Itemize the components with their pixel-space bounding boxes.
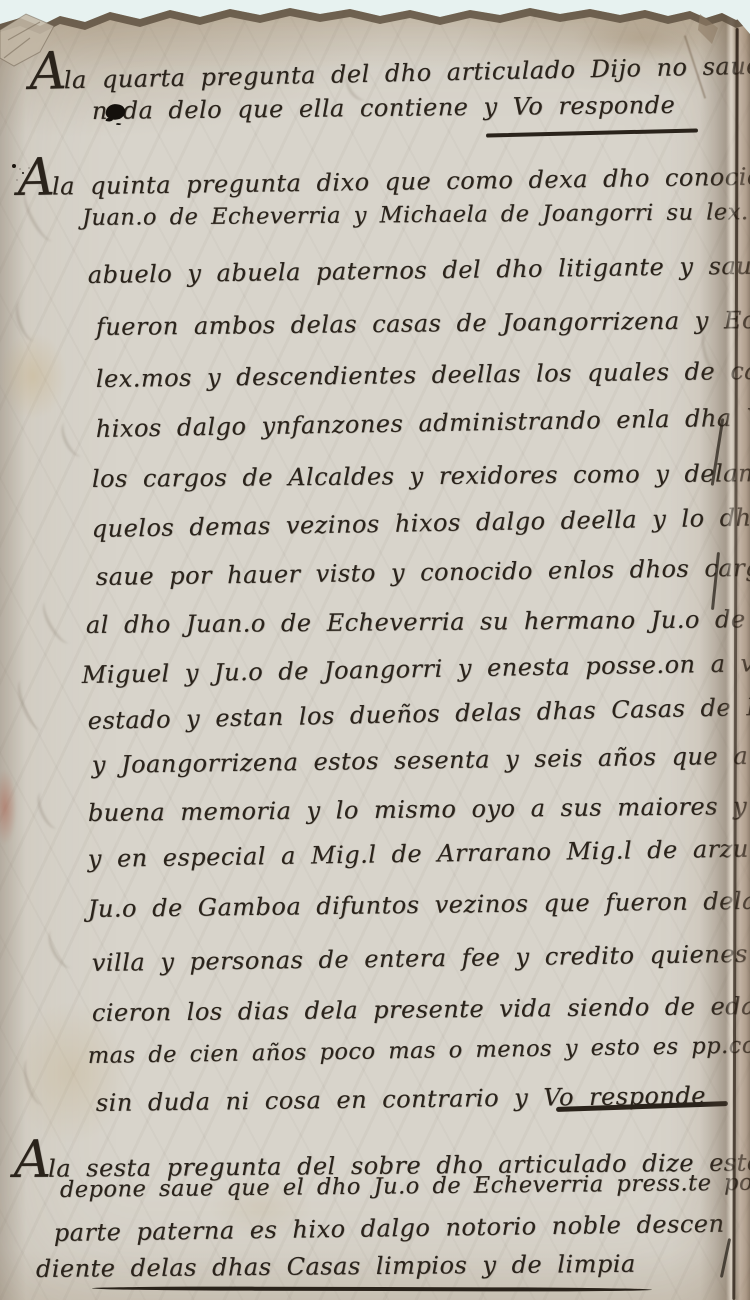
manuscript-line: los cargos de Alcaldes y rexidores como … [92, 460, 750, 493]
manuscript-line: Juan.o de Echeverria y Michaela de Joang… [82, 199, 750, 231]
manuscript-scan: Ala quarta pregunta del dho articulado D… [0, 0, 750, 1300]
manuscript-line: nada delo que ella contiene y Vo respond… [92, 92, 676, 124]
manuscript-line: diente delas dhas Casas limpios y de lim… [36, 1251, 636, 1283]
ink-spatter [12, 164, 16, 168]
manuscript-line: Ala quinta pregunta dixo que como dexa d… [17, 138, 750, 206]
manuscript-line: al dho Juan.o de Echeverria su hermano J… [86, 605, 750, 638]
